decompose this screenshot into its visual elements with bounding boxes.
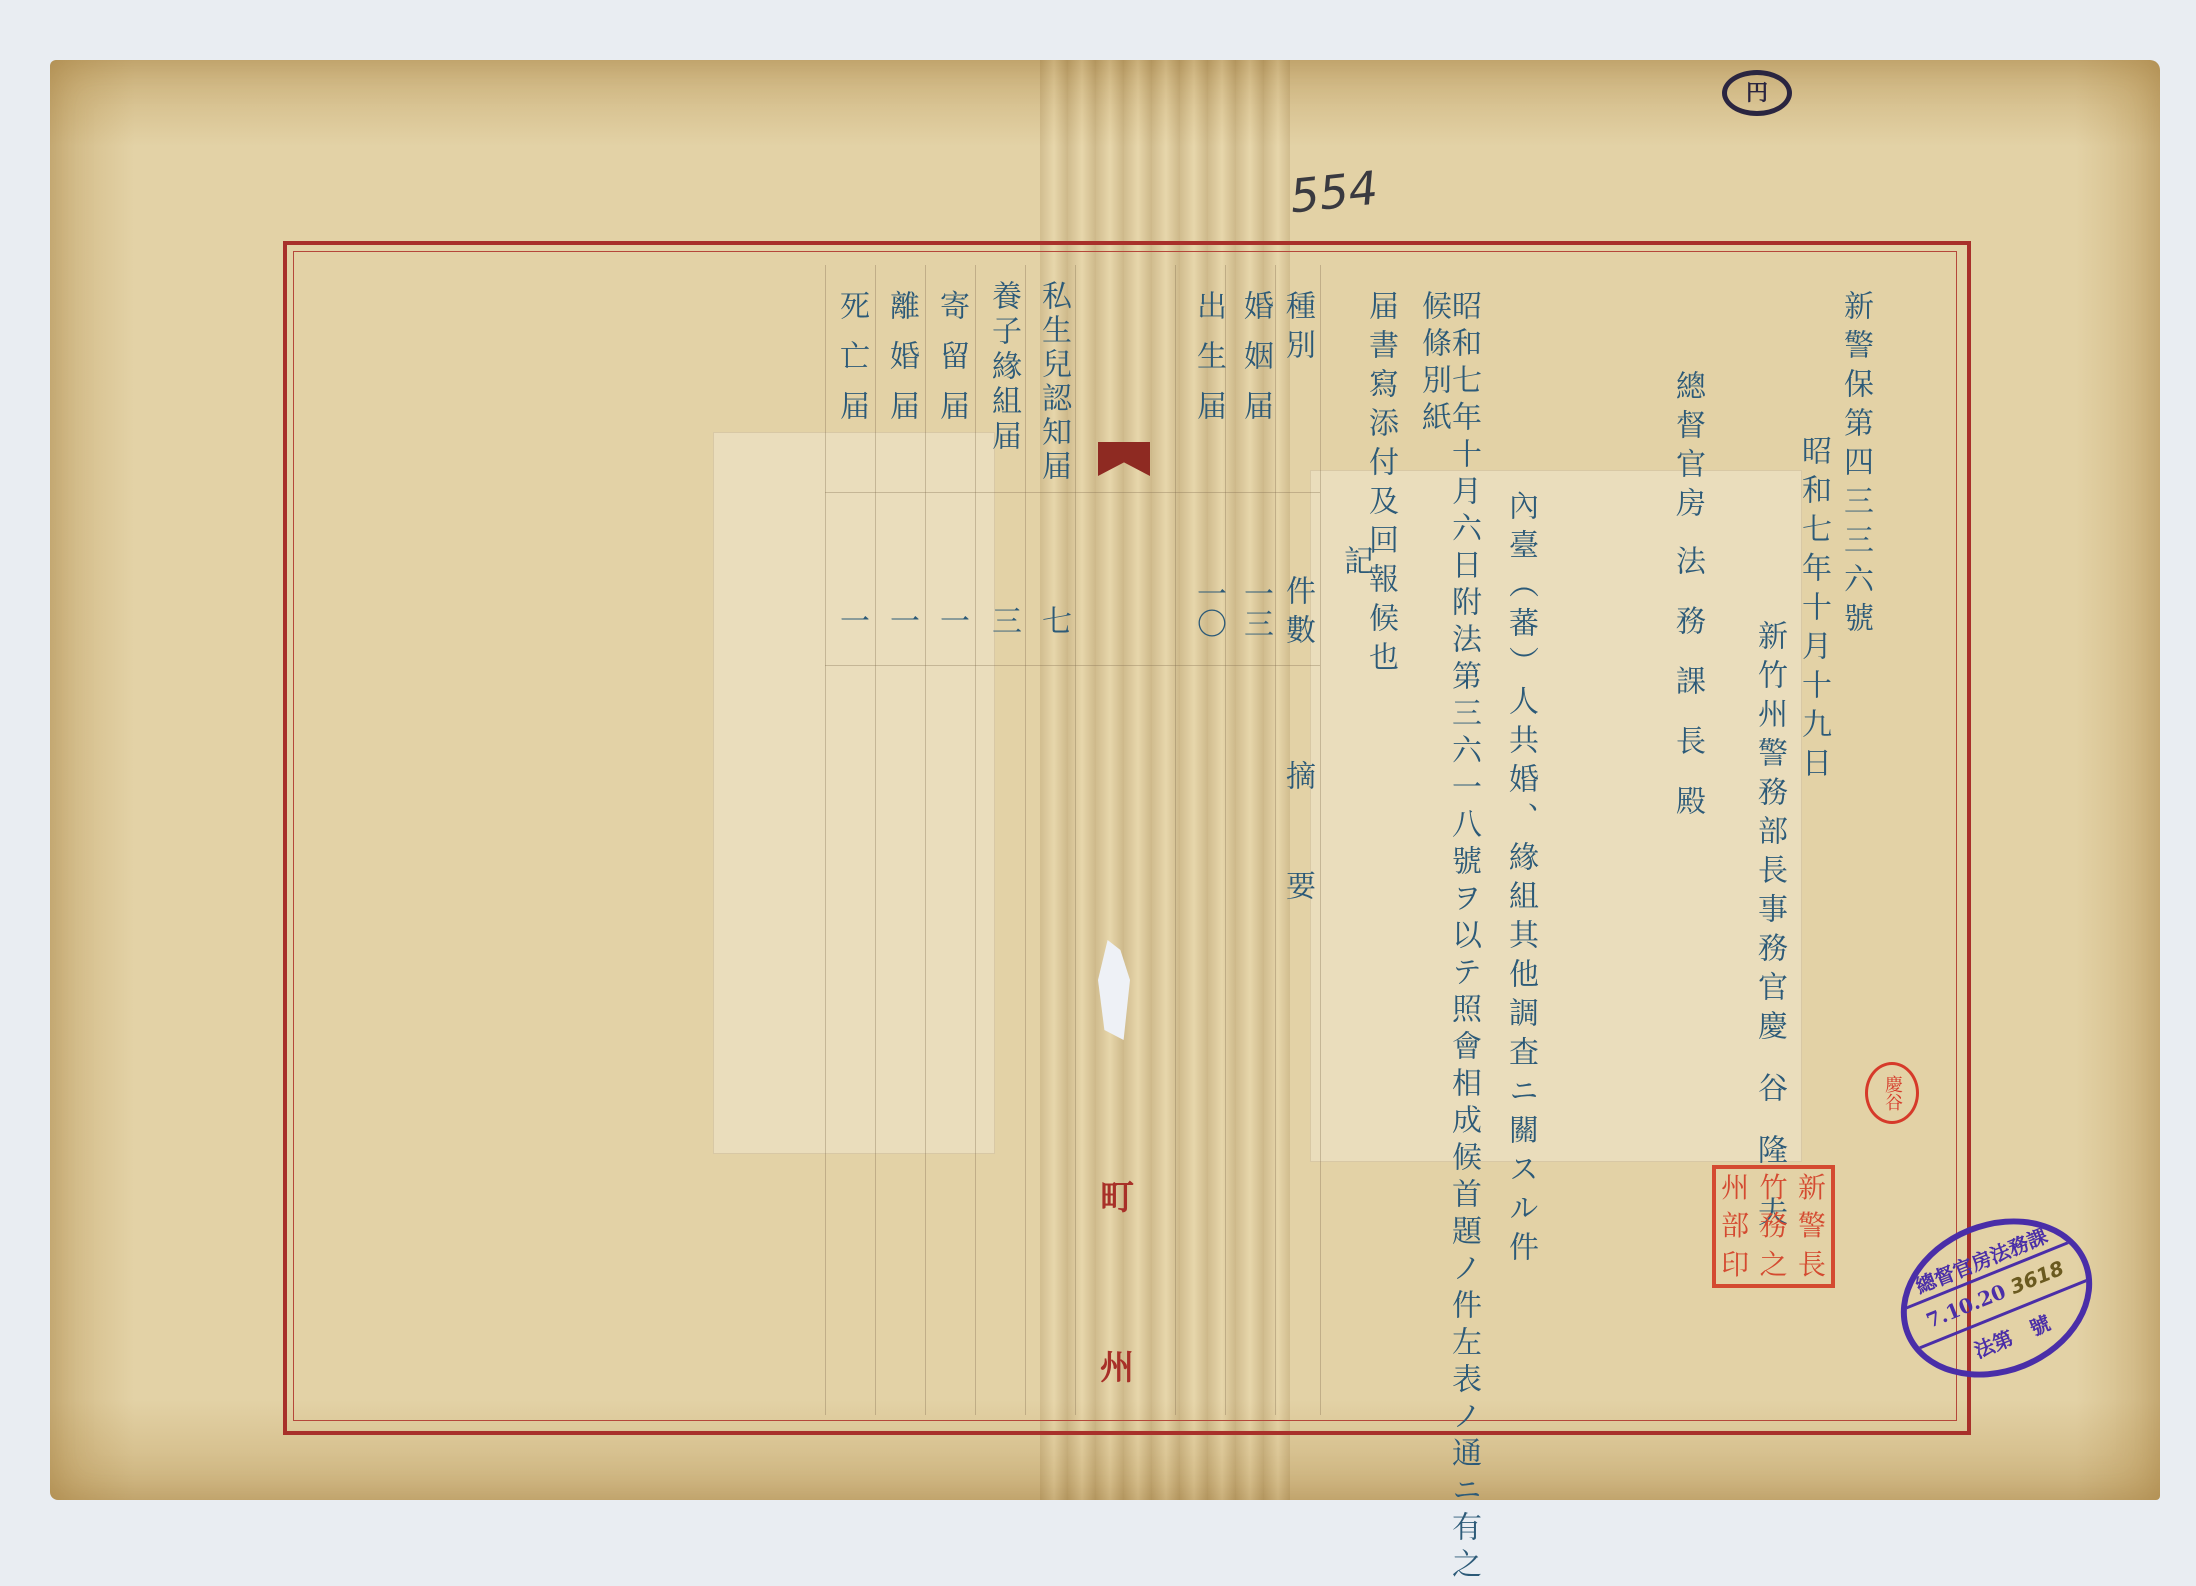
- table-row-type: 養子緣組届: [988, 280, 1018, 455]
- note-label: 記: [1340, 545, 1370, 584]
- addressee-office: 總督官房: [1672, 370, 1702, 526]
- reference-number: 新警保第四三三六號: [1840, 290, 1870, 641]
- body-line-1: 昭和七年十月六日附法第三六一八號ヲ以テ照會相成候首題ノ件左表ノ通ニ有之候條別紙: [1418, 290, 1478, 1586]
- seal-char: 務: [1754, 1207, 1792, 1245]
- table-col-divider: [825, 265, 826, 1415]
- seal-char: 州: [1716, 1169, 1754, 1207]
- table-row-type: 私生兒認知届: [1038, 280, 1068, 484]
- body-line-2: 届書寫添付及回報候也: [1365, 290, 1395, 680]
- seal-char: 警: [1793, 1207, 1831, 1245]
- table-row-count: 七: [1038, 605, 1068, 635]
- table-row-count: 一: [886, 605, 916, 635]
- seal-char: 之: [1754, 1246, 1792, 1284]
- seal-char: 長: [1793, 1246, 1831, 1284]
- table-row-count: 一〇: [1193, 578, 1223, 638]
- margin-mark-top: 町: [1100, 1170, 1134, 1219]
- table-header-count: 件數: [1282, 575, 1312, 653]
- table-row-count: 一三: [1240, 578, 1270, 638]
- circle-mark-icon: 円: [1722, 70, 1792, 116]
- handwritten-file-number: 554: [1287, 161, 1380, 224]
- table-header-note: 摘要: [1282, 760, 1312, 980]
- table-col-divider: [1175, 265, 1176, 1415]
- table-row-type: 寄留届: [936, 290, 966, 440]
- table-row-type: 出生届: [1193, 290, 1223, 440]
- seal-char: 印: [1716, 1246, 1754, 1284]
- seal-char: 新: [1793, 1169, 1831, 1207]
- table-col-divider: [975, 265, 976, 1415]
- table-row-divider-type: [825, 492, 1320, 493]
- round-personal-seal: 慶谷: [1865, 1062, 1919, 1124]
- margin-mark-bottom: 州: [1100, 1340, 1134, 1389]
- table-row-type: 死亡届: [836, 290, 866, 440]
- seal-char: 竹: [1754, 1169, 1792, 1207]
- table-row-count: 一: [836, 605, 866, 635]
- table-col-divider: [925, 265, 926, 1415]
- seal-char: 部: [1716, 1207, 1754, 1245]
- subject-line: 內臺（蕃）人共婚、緣組其他調査ニ關スル件: [1505, 490, 1535, 1270]
- table-row-count: 三: [988, 605, 1018, 635]
- table-row-count: 一: [936, 605, 966, 635]
- table-col-divider: [875, 265, 876, 1415]
- table-row-type: 婚姻届: [1240, 290, 1270, 440]
- table-border-right: [1320, 265, 1321, 1415]
- table-col-divider: [1025, 265, 1026, 1415]
- red-frame-inner: [293, 251, 1957, 1421]
- addressee: 法務課長殿: [1672, 545, 1702, 845]
- letter-date: 昭和七年十月十九日: [1798, 435, 1828, 786]
- table-col-divider: [1075, 265, 1076, 1415]
- square-official-seal: 新 竹 州 警 務 部 長 之 印: [1712, 1165, 1835, 1288]
- table-header-divider: [1275, 265, 1276, 1415]
- table-row-type: 離婚届: [886, 290, 916, 440]
- sender-title: 新竹州警務部長事務官: [1754, 620, 1784, 1010]
- table-row-divider-count: [825, 665, 1320, 666]
- table-header-type: 種別: [1282, 290, 1312, 368]
